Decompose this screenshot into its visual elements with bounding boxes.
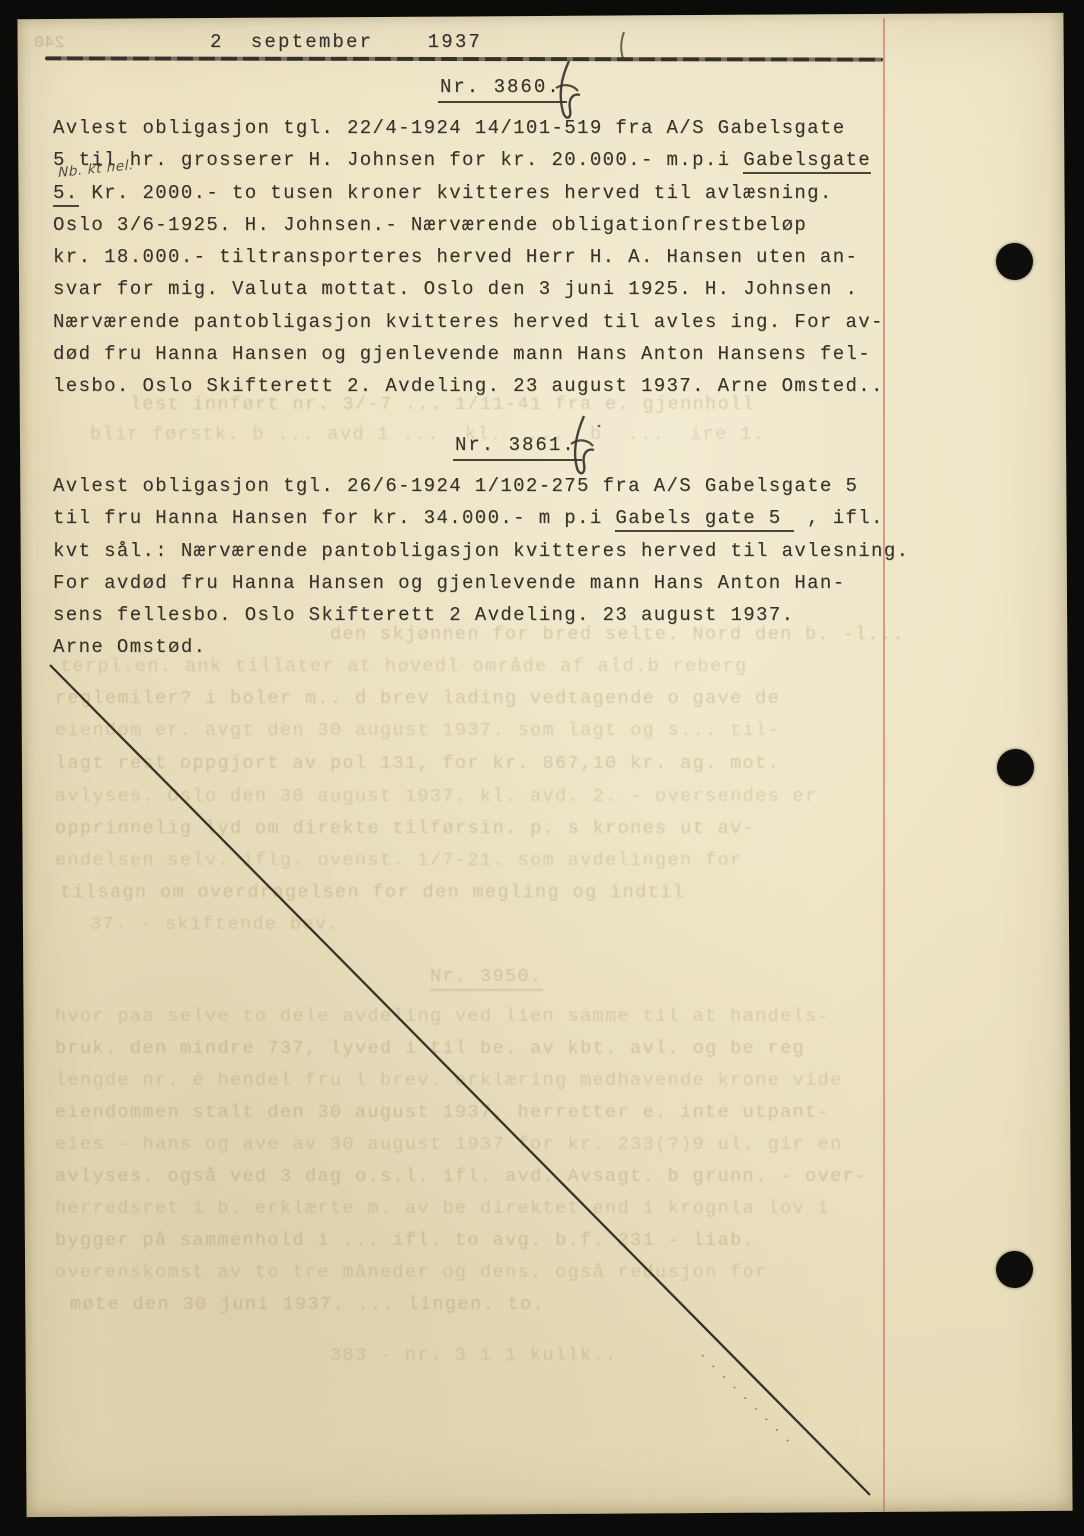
text-line: kvt sål.: Nærværende pantobligasjon kvit… [53, 535, 893, 567]
entry-3861: Nr. 3861. Avlest obligasjon tgl. 26/6-19… [53, 434, 893, 664]
text-line: Avlest obligasjon tgl. 22/4-1924 14/101-… [53, 112, 893, 144]
bleedthrough-line: opprinnelig lyd om direkte tilførsin. p.… [55, 818, 755, 839]
bleedthrough-line: hvor paa selve to dele avdeling ved lien… [55, 1006, 830, 1027]
handwritten-initials-icon [545, 58, 591, 124]
bleedthrough-line: lengde nr. é hendel fru l brev. erklærin… [55, 1070, 843, 1091]
text-line: kr. 18.000.- tiltransporteres herved Her… [53, 241, 893, 273]
text-line: sens fellesbo. Oslo Skifterett 2 Avdelin… [53, 599, 893, 631]
bleedthrough-line: bruk. den mindre 737, lyved i til be. av… [55, 1038, 805, 1059]
bleedthrough-line: avlyses. også ved 3 dag o.s.l. ifl. avd.… [55, 1166, 868, 1187]
bleedthrough-line: bygger på sammenhold i ... ifl. to avg. … [55, 1230, 755, 1251]
bleedthrough-line: overenskomst av to tre måneder og dens. … [55, 1262, 768, 1283]
text-line: Nærværende pantobligasjon kvitteres herv… [53, 306, 893, 338]
bleedthrough-line: 383 - nr. 3 i 1 kullk.. [330, 1345, 618, 1366]
text-line: Avlest obligasjon tgl. 26/6-1924 1/102-2… [53, 470, 893, 502]
bleedthrough-line: lagt rest oppgjort av pol 131, for kr. 8… [55, 753, 780, 774]
punch-hole [997, 749, 1034, 786]
date-header: 2 september 1937 [210, 31, 482, 53]
entry-heading: Nr. 3861. [53, 434, 893, 470]
scanned-archive-page: lest innført nr. 3/-7 ... 1/11-41 fra e.… [0, 0, 1084, 1536]
bleedthrough-line: tilsagn om overdragelsen for den megling… [60, 882, 685, 903]
text-line: lesbo. Oslo Skifterett 2. Avdeling. 23 a… [53, 370, 893, 402]
bleedthrough-line: herredsret i b. erklærte m. av be direkt… [55, 1198, 830, 1219]
bleedthrough-line: reglemiler? i boler m.. d brev lading ve… [55, 688, 780, 709]
pen-mark-icon [612, 30, 634, 60]
entry-text: Avlest obligasjon tgl. 22/4-1924 14/101-… [53, 112, 893, 402]
punch-hole [996, 243, 1033, 280]
handwritten-initials-icon [559, 412, 605, 478]
bleedthrough-line: møte den 30 juni 1937. ... lingen. to. [70, 1294, 545, 1315]
bleedthrough-line: endelsen selv. iflg. ovenst. 1/7-21. som… [55, 850, 743, 871]
text-line: død fru Hanna Hansen og gjenlevende mann… [53, 338, 893, 370]
bleedthrough-line: eies - hans og ave av 30 august 1937 for… [55, 1134, 843, 1155]
text-line: 5 til hr. grosserer H. Johnsen for kr. 2… [53, 144, 893, 176]
text-line: 5. Kr. 2000.- to tusen kroner kvitteres … [53, 177, 893, 209]
text-line: Arne Omstød. [53, 631, 893, 663]
text-line: til fru Hanna Hansen for kr. 34.000.- m … [53, 502, 893, 534]
entry-3860: Nr. 3860. Avlest obligasjon tgl. 22/4-19… [53, 76, 893, 402]
text-line: svar for mig. Valuta mottat. Oslo den 3 … [53, 273, 893, 305]
entry-text: Avlest obligasjon tgl. 26/6-1924 1/102-2… [53, 470, 893, 664]
bleedthrough-line: eiendommen stalt den 30 august 1937, her… [55, 1102, 830, 1123]
bleedthrough-line: avlyses. Oslo den 30 august 1937. kl. av… [55, 786, 818, 807]
page-number-bleed: 240 [34, 34, 65, 53]
bleedthrough-line: Nr. 3950. [430, 966, 543, 987]
bleedthrough-line: 37. - skiftende bev. [90, 914, 340, 935]
entry-heading: Nr. 3860. [53, 76, 893, 112]
text-line: Oslo 3/6-1925. H. Johnsen.- Nærværende o… [53, 209, 893, 241]
punch-hole [996, 1251, 1033, 1288]
text-line: For avdød fru Hanna Hansen og gjenlevend… [53, 567, 893, 599]
bleedthrough-line: eiendom er. avgt den 30 august 1937. som… [55, 720, 780, 741]
